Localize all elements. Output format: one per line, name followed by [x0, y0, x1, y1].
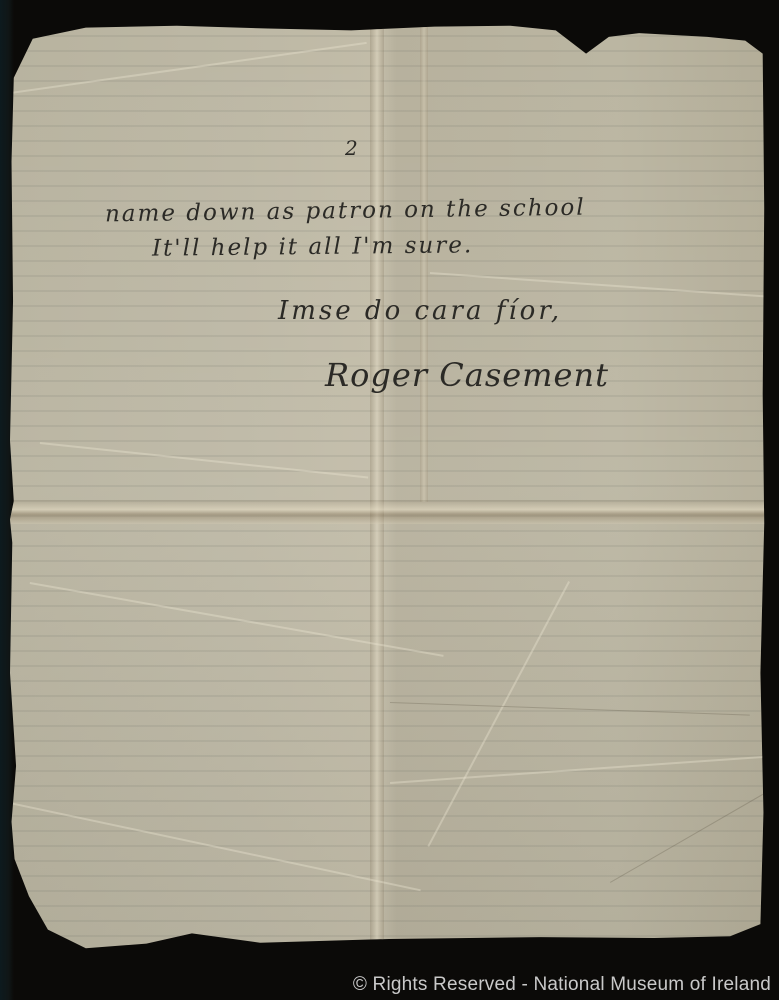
- letter-closing: Imse do cara fíor,: [278, 296, 562, 326]
- crease: [40, 442, 368, 478]
- crease: [390, 755, 769, 784]
- vertical-fold: [370, 22, 384, 952]
- page-number: 2: [345, 136, 358, 160]
- copyright-notice: © Rights Reserved - National Museum of I…: [353, 974, 771, 996]
- signature: Roger Casement: [325, 356, 609, 394]
- vertical-fold-secondary: [420, 22, 428, 502]
- letter-paper: [10, 22, 768, 952]
- crease: [10, 42, 367, 94]
- crease: [10, 802, 421, 891]
- crease: [427, 581, 570, 847]
- letter-line-2: It'll help it all I'm sure.: [152, 232, 473, 261]
- horizontal-fold: [10, 500, 768, 524]
- crease: [610, 782, 779, 883]
- crease: [430, 272, 769, 298]
- crease: [390, 702, 750, 716]
